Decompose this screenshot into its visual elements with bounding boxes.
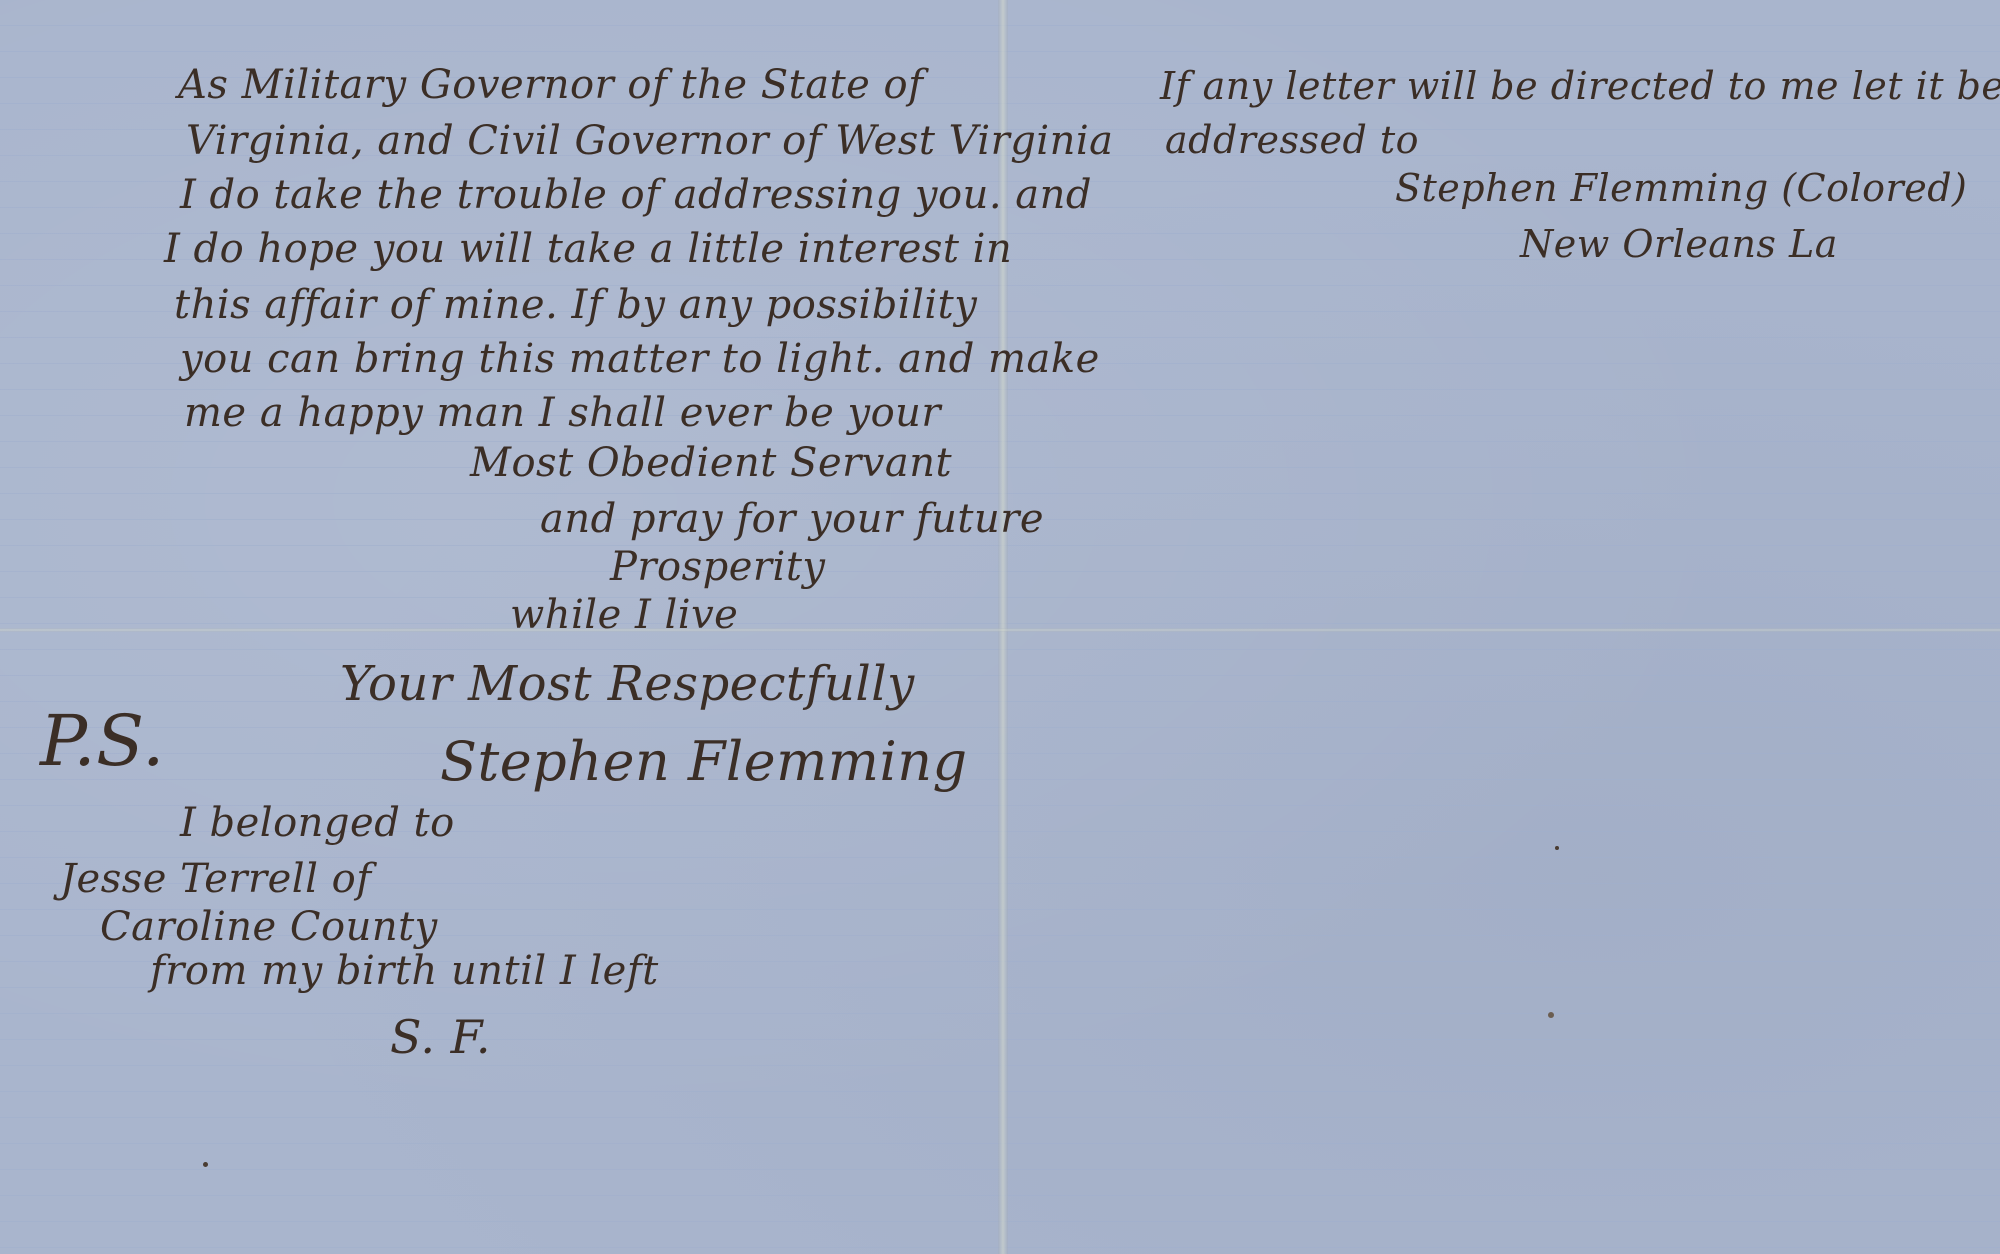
closing-line-2: and pray for your future	[540, 496, 1044, 542]
address-name: Stephen Flemming (Colored)	[1395, 166, 1967, 210]
postscript-initials: S. F.	[390, 1010, 491, 1064]
body-line-5: this affair of mine. If by any possibili…	[174, 282, 977, 328]
right-line-2: addressed to	[1165, 118, 1419, 162]
postscript-line-3: Caroline County	[100, 904, 438, 950]
address-city: New Orleans La	[1520, 222, 1838, 266]
ink-speck	[203, 1162, 208, 1167]
postscript-line-4: from my birth until I left	[150, 948, 659, 994]
closing-line-5: Your Most Respectfully	[340, 656, 915, 712]
postscript-line-2: Jesse Terrell of	[60, 856, 372, 902]
closing-line-3: Prosperity	[610, 544, 826, 590]
body-line-2: Virginia, and Civil Governor of West Vir…	[186, 118, 1114, 164]
body-line-4: I do hope you will take a little interes…	[164, 226, 1012, 272]
closing-line-4: while I live	[510, 592, 738, 638]
body-line-6: you can bring this matter to light. and …	[180, 336, 1100, 382]
postscript-line-1: I belonged to	[180, 800, 455, 846]
signature: Stephen Flemming	[440, 730, 968, 793]
ink-speck	[1555, 846, 1559, 850]
ink-speck	[1548, 1012, 1554, 1018]
body-line-1: As Military Governor of the State of	[178, 62, 923, 108]
body-line-3: I do take the trouble of addressing you.…	[180, 172, 1092, 218]
horizontal-fold-line	[0, 628, 2000, 632]
postscript-mark: P.S.	[40, 700, 165, 782]
right-line-1: If any letter will be directed to me let…	[1160, 64, 2000, 108]
body-line-7: me a happy man I shall ever be your	[184, 390, 941, 436]
closing-line-1: Most Obedient Servant	[470, 440, 952, 486]
